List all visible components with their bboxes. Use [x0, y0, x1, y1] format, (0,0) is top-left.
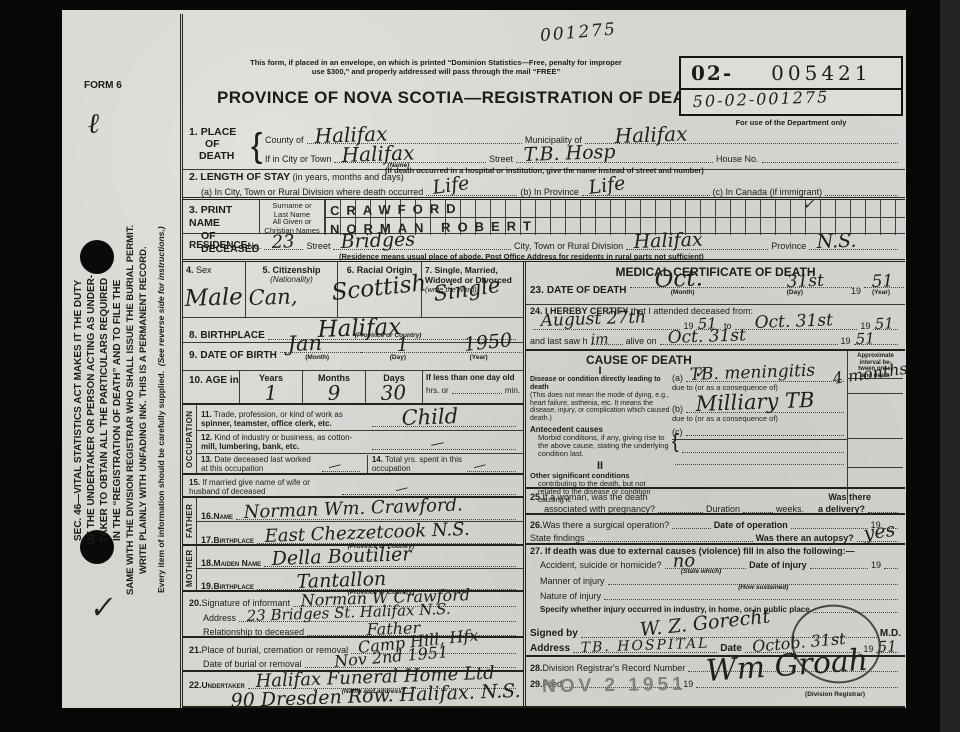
margin-supplied-note: Every item of information should be care… — [150, 160, 172, 660]
father-name-value: Norman Wm. Crawford. — [243, 496, 463, 522]
section-age: 10. AGE in Years1 Months9 Days30 If less… — [183, 371, 523, 405]
section-print-name: 3. PRINT NAME OF DECEASED Surname or Las… — [183, 200, 905, 234]
burial-date-label: Date of burial or removal — [203, 659, 302, 669]
citizenship-label: Citizenship — [273, 265, 321, 275]
age-hrs-line: hrs. or min. — [426, 382, 520, 395]
total-years-label: 14. Total yrs. spent in this occupation — [372, 455, 464, 473]
cause-part-one: I — [530, 367, 670, 376]
length-of-stay-sub: (in years, months and days) — [293, 172, 404, 182]
father-birthplace-field: East Chezzetcook N.S.(Province or Countr… — [257, 533, 516, 544]
of-word: OF — [205, 138, 251, 150]
injury-date-label: Date of injury — [749, 560, 807, 570]
father-birthplace-label: Birthplace — [214, 535, 254, 545]
length-of-stay-no: 2. — [189, 171, 198, 183]
findings-label: State findings — [530, 533, 585, 543]
length-of-stay-line: (a) In City, Town or Rural Division wher… — [201, 183, 901, 197]
dod-year-col: 51(Year) — [861, 287, 901, 296]
city-field: Halifax(Name) — [334, 152, 486, 163]
signed-year-field: 51 — [876, 642, 898, 653]
section-date-of-death: 23. DATE OF DEATH Oct.(Month) 31st(Day) … — [526, 281, 905, 305]
registration-number-prefix: 02- — [691, 61, 733, 85]
burial-label: Place of burial, cremation or removal — [202, 645, 349, 655]
other-conditions-field1 — [682, 442, 844, 453]
mother-maiden-no: 18. — [201, 558, 214, 568]
registrar-caption: (Division Registrar) — [805, 691, 865, 698]
certify-to-value: Oct. 31st — [754, 312, 833, 332]
last-seen-line: and last saw h im alive on Oct. 31st 19 … — [530, 331, 901, 346]
handwritten-serial-top: 001275 — [540, 21, 618, 45]
informant-address-value: 23 Bridges St. Halifax N.S. — [247, 602, 451, 624]
section-occupation: OCCUPATION 11. Trade, profession, or kin… — [183, 405, 523, 475]
cause-labels: I Disease or condition directly leading … — [526, 351, 672, 504]
total-years-label1: Total yrs. spent in — [385, 455, 447, 464]
industry-no: 12. — [201, 433, 212, 442]
residence-street-label: Street — [306, 241, 330, 251]
spouse-value: — — [394, 481, 410, 497]
signed-year-value: 51 — [878, 639, 898, 655]
section-place-of-death: 1. PLACE OF DEATH { County of Halifax Mu… — [183, 124, 905, 170]
dod-day-field: 31st — [742, 287, 854, 288]
residence-no-value: 23 — [272, 233, 296, 252]
pregnancy-field — [658, 502, 703, 513]
scanner-edge — [940, 0, 960, 732]
stay-b-field: Life — [582, 185, 710, 196]
dob-label: DATE OF BIRTH — [200, 350, 276, 361]
print-name-label: 3. PRINT NAME OF DECEASED — [183, 200, 259, 233]
mother-vertical-label: MOTHER — [183, 546, 196, 590]
page-title: PROVINCE OF NOVA SCOTIA—REGISTRATION OF … — [217, 88, 708, 108]
mother-maiden-label: Maiden Name — [214, 558, 262, 568]
operation-line1: 26. Was there a surgical operation? Date… — [530, 516, 901, 530]
record-number-no: 28. — [530, 663, 543, 673]
total-years-value: — — [472, 458, 488, 474]
informant-address-line: Address 23 Bridges St. Halifax N.S. — [203, 608, 519, 623]
date-of-death-line: 23. DATE OF DEATH Oct.(Month) 31st(Day) … — [530, 281, 901, 296]
residence-no-field: 23 — [264, 239, 303, 250]
printed-registration-number: 02- 005421 — [681, 58, 901, 90]
margin-notice-line: SEC. 46—VITAL STATISTICS ACT MAKES IT TH… — [72, 160, 85, 660]
margin-check-mark: ✓ — [87, 593, 115, 625]
informant-relationship-label: Relationship to deceased — [203, 627, 304, 637]
street-field: T.B. Hosp — [516, 152, 713, 163]
cause-part-two: II — [530, 461, 670, 471]
place-fields: County of Halifax Municipality of Halifa… — [265, 126, 901, 169]
section-mother: MOTHER 18. Maiden Name Della Boutilier 1… — [183, 546, 523, 592]
street-label: Street — [489, 154, 513, 164]
trade-label2: spinner, teamster, office clerk, etc. — [201, 419, 332, 428]
accident-field: no(State which) — [665, 558, 747, 569]
pregnancy-delivery-label: a delivery? — [818, 504, 865, 514]
handwritten-registration-number: 50-02-001275 — [692, 89, 829, 110]
pregnancy-delivery-field — [868, 502, 898, 513]
mother-birthplace-no: 19. — [201, 581, 214, 591]
margin-notice-line: OF THE UNDERTAKER OR PERSON ACTING AS UN… — [85, 160, 98, 660]
nature-field — [604, 589, 898, 600]
filed-date-stamp: NOV 2 1951 — [542, 674, 687, 699]
registration-number-value: 005421 — [771, 61, 871, 85]
pregnancy-duration-label: Duration — [706, 504, 740, 514]
form-header: 001275 This form, if placed in an envelo… — [183, 14, 905, 124]
signed-address-value: TB. HOSPITAL — [581, 637, 710, 655]
residence-city-label: City, Town or Rural Division — [514, 241, 623, 251]
last-seen-y3-field: 51 — [854, 334, 898, 345]
residence-province-value: N.S. — [817, 232, 857, 252]
certify-to-field: Oct. 31st — [735, 319, 858, 330]
section-date-of-birth: 9. DATE OF BIRTH Jan(Month) 1(Day) 1950(… — [183, 343, 523, 371]
operation-no: 26. — [530, 520, 543, 530]
last-worked-row: 13. Date deceased last worked at this oc… — [197, 454, 523, 473]
operation-field — [672, 518, 710, 529]
last-worked-no: 13. — [201, 455, 212, 464]
spouse-field: — — [342, 484, 516, 495]
father-content: 16. Name Norman Wm. Crawford. 17. Birthp… — [196, 498, 523, 544]
pregnancy-label2: associated with pregnancy? — [544, 504, 655, 514]
dob-line: 9. DATE OF BIRTH Jan(Month) 1(Day) 1950(… — [189, 343, 519, 361]
dob-year-value: 1950 — [463, 331, 513, 355]
stay-a-label: (a) In City, Town or Rural Division wher… — [201, 187, 423, 197]
trade-label1: Trade, profession, or kind of work as — [214, 410, 343, 419]
stay-b-label: (b) In Province — [520, 187, 579, 197]
dob-no: 9. — [189, 350, 197, 361]
dod-label: DATE OF DEATH — [547, 285, 627, 296]
margin-reverse-note: (See reverse side for instructions.) — [156, 227, 166, 367]
print-name-no: 3. — [189, 204, 198, 216]
last-worked-label1: Date deceased last worked — [214, 455, 311, 464]
municipality-field: Halifax — [585, 133, 898, 144]
operation-line2: State findings Was there an autopsy? yes — [530, 530, 901, 543]
total-years-field: — — [467, 461, 516, 472]
birthplace-no: 8. — [189, 330, 197, 341]
margin-vertical-notice: SEC. 46—VITAL STATISTICS ACT MAKES IT TH… — [72, 160, 172, 660]
department-number-box: 02- 005421 50-02-001275 — [679, 56, 903, 116]
autopsy-field: yes — [857, 531, 898, 542]
pregnancy-line2: associated with pregnancy? Duration week… — [544, 502, 901, 514]
cause-direct-label: Disease or condition directly leading to… — [530, 376, 670, 392]
medical-column: MEDICAL CERTIFICATE OF DEATH 23. DATE OF… — [523, 262, 905, 706]
form-number-label: FORM 6 — [84, 80, 122, 91]
father-name-no: 16. — [201, 511, 214, 521]
nature-line: Nature of injury — [540, 586, 901, 601]
section-4-to-7: 4. Sex 5. Citizenship (Nationality) 6. R… — [183, 262, 523, 318]
other-conditions-line1: { — [672, 439, 847, 454]
external-no: 27. — [530, 546, 543, 556]
dod-month-value: Oct. — [654, 267, 703, 292]
margin-notice-line: SAME WITH THE DIVISION REGISTRAR WHO SHA… — [124, 160, 137, 660]
mother-maiden-field: Della Boutilier — [264, 556, 516, 567]
certify-from-value: August 27th — [540, 309, 646, 330]
dod-month-field: Oct. — [630, 287, 742, 288]
age-months-col: Months9 — [302, 371, 365, 403]
dob-month-value: Jan — [287, 333, 322, 355]
father-birthplace-row: 17. Birthplace East Chezzetcook N.S.(Pro… — [197, 522, 523, 545]
trade-row: 11. Trade, profession, or kind of work a… — [197, 405, 523, 431]
city-label: If in City or Town — [265, 154, 331, 164]
section-undertaker: 22. Undertaker Halifax Funeral Home Ltd(… — [183, 672, 523, 708]
pregnancy-was-there: Was there — [828, 492, 871, 502]
dob-day-field: 1 — [361, 352, 442, 353]
racial-no: 6. — [347, 265, 355, 275]
accident-label: Accident, suicide or homicide? — [540, 560, 662, 570]
last-seen-label2: alive on — [626, 336, 657, 346]
undertaker-label: Undertaker — [202, 680, 245, 690]
sex-value: Male — [184, 286, 243, 311]
scanned-death-registration: { "scan": { "top_number": "001275", "mar… — [0, 0, 960, 732]
father-name-row: 16. Name Norman Wm. Crawford. — [197, 498, 523, 522]
medical-certificate-title: MEDICAL CERTIFICATE OF DEATH — [526, 262, 905, 281]
record-number-label: Division Registrar's Record Number — [543, 663, 686, 673]
mother-maiden-value: Della Boutilier — [271, 545, 411, 569]
certify-rest: that I attended deceased from: — [631, 306, 753, 316]
cause-a-line: (a) TB. meningitis✓ — [672, 367, 847, 383]
nature-label: Nature of injury — [540, 591, 601, 601]
mail-notice: This form, if placed in an envelope, on … — [211, 58, 661, 76]
cause-a-prefix: (a) — [672, 373, 683, 383]
municipality-value: Halifax — [614, 123, 687, 146]
father-birthplace-no: 17. — [201, 535, 214, 545]
industry-label1: Kind of industry or business, as cotton- — [214, 433, 352, 442]
marital-no: 7. — [425, 265, 432, 275]
last-worked-cell: 13. Date deceased last worked at this oc… — [197, 455, 367, 473]
dob-year-col: 1950(Year) — [438, 352, 519, 361]
surname-sublabel: Surname or Last Name — [260, 200, 324, 217]
citizenship-sub: (Nationality) — [249, 275, 334, 284]
occupation-content: 11. Trade, profession, or kind of work a… — [196, 405, 523, 473]
sex-no: 4. — [186, 265, 194, 275]
death-word: DEATH — [199, 150, 251, 162]
trade-value: Child — [401, 406, 458, 429]
house-no-field — [762, 152, 898, 163]
certify-y2-value: 51 — [875, 316, 895, 332]
certify-y2-field: 51 — [873, 319, 898, 330]
cause-c-line: (c) — [672, 423, 847, 437]
last-seen-him-field: im — [591, 334, 623, 345]
cause-b-line: (b) Milliary TB — [672, 392, 847, 414]
section-certify: 24. I HEREBY CERTIFY that I attended dec… — [526, 305, 905, 351]
informant-address-label: Address — [203, 613, 236, 623]
cause-direct-note: (This does not mean the mode of dying, e… — [530, 392, 670, 422]
autopsy-label: Was there an autopsy? — [756, 533, 854, 543]
interval-column: Approximate interval be- tween onset and… — [847, 351, 903, 504]
section-father: FATHER 16. Name Norman Wm. Crawford. 17.… — [183, 498, 523, 546]
stay-c-label: (c) In Canada (if immigrant) — [713, 187, 823, 197]
residence-no-label: No. — [247, 241, 261, 251]
age-hrs-label: hrs. or — [426, 386, 449, 395]
margin-notice-line: IN THE “REGISTRATION OF DEATH” AND TO FI… — [111, 160, 124, 660]
age-hrs-field — [452, 383, 502, 394]
father-vertical-label: FATHER — [183, 498, 196, 544]
registration-form: 001275 This form, if placed in an envelo… — [180, 14, 905, 708]
length-of-stay-label: LENGTH OF STAY — [200, 171, 290, 183]
undertaker-no: 22. — [189, 680, 202, 690]
interval-cell-c — [848, 439, 903, 468]
burial-no: 21. — [189, 645, 202, 655]
residence-line: RESIDENCE No. 23 Street Bridges City, To… — [189, 236, 901, 251]
margin-supplied-text: Every item of information should be care… — [156, 371, 166, 593]
surname-check-mark: ✓ — [803, 198, 815, 212]
age-min-label: min. — [505, 386, 520, 395]
city-name-caption: (Name) — [387, 162, 409, 169]
findings-field — [588, 531, 753, 542]
dod-day-value: 31st — [786, 273, 824, 291]
pregnancy-duration-field — [743, 502, 773, 513]
last-seen-y3-value: 51 — [855, 331, 875, 347]
place-word: PLACE — [201, 126, 237, 138]
county-label: County of — [265, 135, 304, 145]
margin-notice-line: WRITE PLAINLY WITH UNFADING INK. THIS IS… — [137, 160, 150, 660]
residence-label: RESIDENCE — [189, 240, 247, 251]
manner-label: Manner of injury — [540, 576, 605, 586]
cause-a-field: TB. meningitis✓ — [686, 371, 844, 382]
place-of-death-label: 1. PLACE OF DEATH — [189, 126, 251, 169]
total-years-no: 14. — [372, 455, 383, 464]
dod-year-value: 51 — [871, 273, 893, 291]
city-street-line: If in City or Town Halifax(Name) Street … — [265, 145, 901, 164]
trade-label: 11. Trade, profession, or kind of work a… — [201, 410, 369, 428]
sex-label: Sex — [196, 265, 212, 275]
age-months-value: 9 — [327, 383, 340, 403]
undertaker-address-line: 90 Dresden Row. Halifax. N.S. — [189, 690, 519, 708]
injury-year-prefix: 19 — [871, 560, 881, 570]
mother-birthplace-label: Birthplace — [214, 581, 254, 591]
residence-note: (Residence means usual place of abode. P… — [339, 252, 901, 261]
margin-handwritten-mark: ℓ — [87, 110, 100, 138]
age-label: AGE in — [205, 375, 238, 386]
cause-b-field: Milliary TB — [686, 402, 844, 413]
street-value: T.B. Hosp — [523, 143, 615, 165]
last-seen-label1: and last saw h — [530, 336, 588, 346]
spouse-label1: If married give name of wife — [202, 478, 300, 487]
length-of-stay-heading: 2. LENGTH OF STAY (in years, months and … — [189, 171, 901, 183]
residence-city-value: Halifax — [634, 231, 704, 252]
dob-day-value: 1 — [396, 336, 409, 355]
external-label: If death was due to external causes (vio… — [545, 546, 855, 556]
residence-city-field: Halifax — [626, 239, 768, 250]
surname-comb-row: CRAWFORD ✓ — [325, 200, 905, 218]
place-no: 1. — [189, 126, 198, 138]
father-name-label: Name — [214, 511, 233, 521]
occupation-vertical-label: OCCUPATION — [183, 405, 196, 473]
section-residence: RESIDENCE No. 23 Street Bridges City, To… — [183, 234, 905, 262]
filed-no: 29. — [530, 679, 543, 689]
personal-column: 4. Sex 5. Citizenship (Nationality) 6. R… — [183, 262, 523, 706]
trade-no: 11. — [201, 410, 212, 419]
citizenship-no: 5. — [262, 265, 270, 275]
spouse-no: 15. — [189, 478, 200, 487]
last-seen-y3-prefix: 19 — [841, 336, 851, 346]
age-days-value: 30 — [381, 382, 407, 403]
surname-value: CRAWFORD — [330, 201, 463, 218]
age-less-than-day-cell: If less than one day old hrs. or min. — [422, 371, 523, 403]
mother-maiden-row: 18. Maiden Name Della Boutilier — [197, 546, 523, 569]
stay-c-field — [825, 185, 898, 196]
age-years-value: 1 — [264, 383, 277, 403]
manner-field: (How sustained) — [608, 574, 898, 585]
antecedent-note: Morbid conditions, if any, giving rise t… — [538, 434, 670, 458]
name-sublabels: Surname or Last Name All Given or Christ… — [259, 200, 324, 233]
handwritten-registration-number-row: 50-02-001275 — [681, 90, 901, 116]
dod-no: 23. — [530, 285, 544, 296]
interval-cell-b — [848, 394, 903, 439]
trade-field: Child — [372, 416, 516, 427]
form-paper: FORM 6 ℓ SEC. 46—VITAL STATISTICS ACT MA… — [62, 10, 906, 708]
dod-day-col: 31st(Day) — [739, 287, 851, 296]
injury-date-field — [810, 558, 868, 569]
mother-birthplace-row: 19. Birthplace Tantallon(Province or Cou… — [197, 569, 523, 591]
dod-year-field: 51 — [864, 287, 904, 288]
cause-of-death-box: CAUSE OF DEATH I Disease or condition di… — [526, 351, 905, 489]
section-length-of-stay: 2. LENGTH OF STAY (in years, months and … — [183, 170, 905, 200]
last-seen-date-field: Oct. 31st — [660, 334, 838, 345]
certify-from-field: August 27th — [533, 319, 680, 330]
father-name-field: Norman Wm. Crawford. — [236, 509, 516, 520]
mail-notice-line1: This form, if placed in an envelope, on … — [211, 58, 661, 67]
autopsy-value: yes — [862, 521, 896, 544]
last-seen-date-value: Oct. 31st — [667, 327, 746, 347]
section-pregnancy: 25. If a woman, was the death Was there … — [526, 489, 905, 515]
signed-address-field: TB. HOSPITAL — [573, 642, 717, 653]
cause-c-field — [686, 425, 845, 436]
age-label-cell: 10. AGE in — [183, 371, 239, 403]
birthplace-label: BIRTHPLACE — [200, 330, 264, 341]
industry-label: 12. Kind of industry or business, as cot… — [201, 433, 369, 451]
form-body: 4. Sex 5. Citizenship (Nationality) 6. R… — [183, 262, 905, 708]
dob-day-col: 1(Day) — [358, 352, 439, 361]
operation-date-label: Date of operation — [714, 520, 788, 530]
residence-street-field: Bridges — [333, 239, 511, 250]
section-operation: 26. Was there a surgical operation? Date… — [526, 515, 905, 545]
residence-street-value: Bridges — [341, 230, 416, 252]
birthplace-caption: (Province or Country) — [355, 332, 422, 339]
residence-province-label: Province — [771, 241, 806, 251]
age-less-label: If less than one day old — [426, 373, 520, 382]
industry-label2: mill, lumbering, bank, etc. — [201, 442, 299, 451]
spouse-label: 15. If married give name of wife or husb… — [189, 478, 339, 496]
cause-b-prefix: (b) — [672, 404, 683, 414]
signed-by-label: Signed by — [530, 628, 578, 639]
other-brace: { — [672, 431, 679, 454]
operation-label: Was there a surgical operation? — [543, 520, 670, 530]
last-worked-label2: at this occupation — [201, 464, 263, 473]
age-days-col: Days30 — [365, 371, 422, 403]
age-no: 10. — [189, 375, 203, 386]
stay-a-value: Life — [432, 174, 471, 198]
dob-month-field: Jan — [280, 352, 361, 353]
industry-value: — — [429, 435, 446, 452]
external-heading: 27. If death was due to external causes … — [530, 546, 901, 556]
stay-b-value: Life — [587, 174, 626, 198]
house-no-label: House No. — [716, 154, 759, 164]
last-worked-value: — — [327, 458, 343, 474]
cause-entries: (a) TB. meningitis✓ due to (or as a cons… — [672, 351, 847, 504]
pregnancy-weeks-label: weeks. — [776, 504, 804, 514]
operation-date-field — [791, 518, 868, 529]
dod-month-col: Oct.(Month) — [627, 287, 739, 296]
margin-notice-line: TAKER TO OBTAIN ALL THE PARTICULARS REQU… — [98, 160, 111, 660]
last-worked-field: — — [322, 461, 360, 472]
last-seen-him: im — [590, 332, 608, 347]
industry-field: — — [372, 439, 516, 450]
cause-b-value: Milliary TB — [695, 390, 815, 415]
section-spouse: 15. If married give name of wife or husb… — [183, 475, 523, 498]
mail-notice-line2: use $300,” and properly addressed will p… — [211, 67, 661, 76]
injury-year-field — [884, 558, 898, 569]
pregnancy-label1: If a woman, was the death — [543, 492, 648, 502]
other-conditions-line2 — [672, 454, 847, 466]
other-conditions-field2 — [675, 454, 844, 465]
industry-row: 12. Kind of industry or business, as cot… — [197, 431, 523, 454]
stay-a-field: Life — [426, 185, 517, 196]
dob-year-field: 1950 — [441, 352, 522, 353]
